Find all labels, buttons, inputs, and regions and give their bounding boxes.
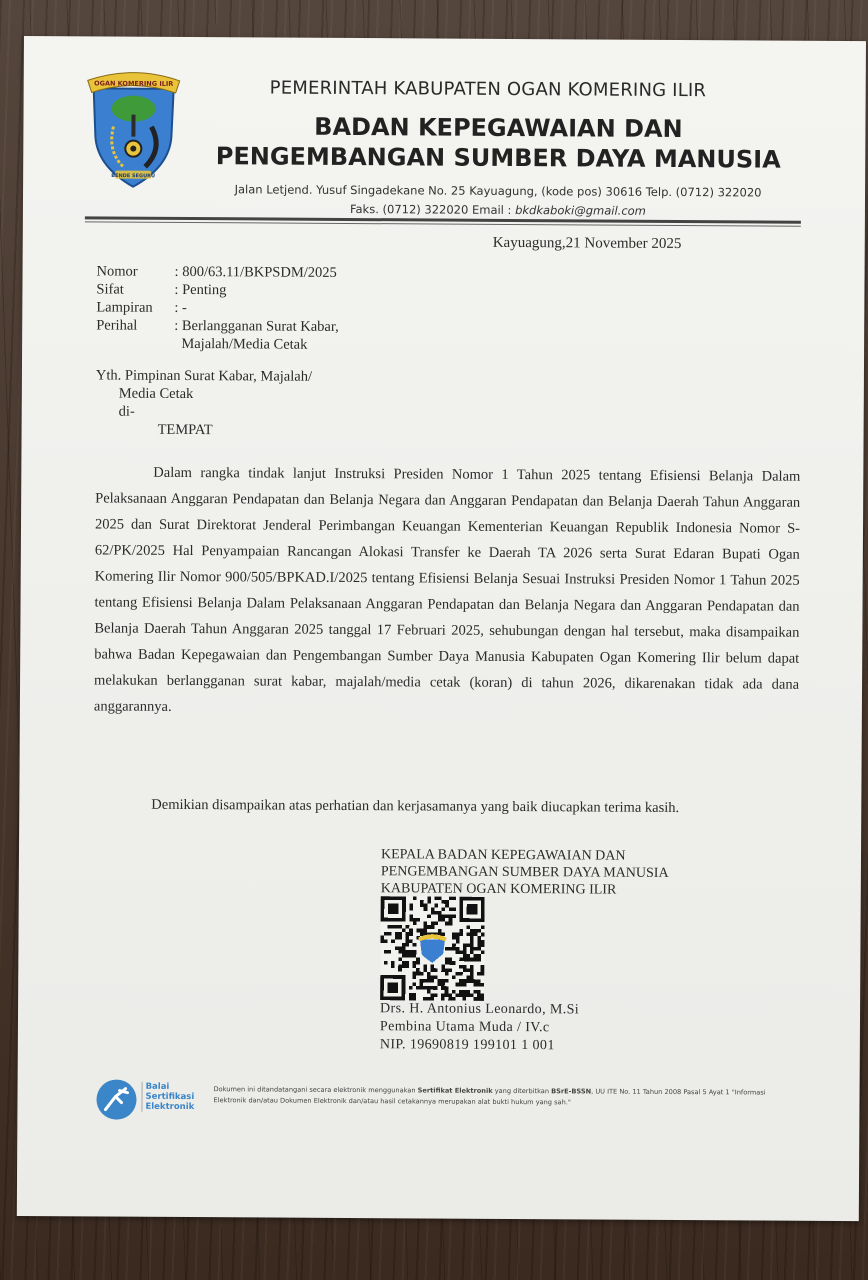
svg-text:BENDE SEGURU: BENDE SEGURU: [111, 173, 155, 179]
letter-page: OGAN KOMERING ILIR BENDE SEGURU PEMERINT…: [17, 36, 866, 1221]
recipient-line2: Media Cetak: [96, 384, 312, 403]
bsre-name: Balai Sertifikasi Elektronik: [141, 1082, 194, 1112]
agency-name: BADAN KEPEGAWAIAN DAN PENGEMBANGAN SUMBE…: [173, 111, 823, 175]
qr-code-signature-icon: [380, 896, 485, 1001]
fax-text: Faks. (0712) 322020 Email :: [350, 202, 515, 217]
meta-row-lampiran: Lampiran: -: [96, 298, 339, 317]
body-paragraph-2: Demikian disampaikan atas perhatian dan …: [93, 794, 798, 818]
signature-title: KEPALA BADAN KEPEGAWAIAN DAN PENGEMBANGA…: [381, 846, 669, 899]
regency-coat-of-arms-icon: OGAN KOMERING ILIR BENDE SEGURU: [83, 66, 184, 189]
e-signature-notice: Dokumen ini ditandatangani secara elektr…: [213, 1084, 783, 1109]
meta-row-perihal: Perihal: Berlangganan Surat Kabar,: [96, 316, 339, 335]
signature-title-line2: PENGEMBANGAN SUMBER DAYA MANUSIA: [381, 863, 669, 882]
recipient-line3: di-: [96, 402, 312, 421]
meta-row-sifat: Sifat: Penting: [96, 280, 339, 299]
meta-row-perihal-cont: Majalah/Media Cetak: [96, 334, 339, 353]
letter-date: Kayuagung,21 November 2025: [493, 235, 682, 253]
letter-metadata: Nomor: 800/63.11/BKPSDM/2025 Sifat: Pent…: [96, 262, 339, 353]
address-line1: Jalan Letjend. Yusuf Singadekane No. 25 …: [173, 180, 823, 203]
recipient-block: Yth. Pimpinan Surat Kabar, Majalah/ Medi…: [96, 366, 313, 439]
signature-title-line1: KEPALA BADAN KEPEGAWAIAN DAN: [381, 846, 669, 865]
agency-address: Jalan Letjend. Yusuf Singadekane No. 25 …: [173, 180, 823, 222]
signer-block: Drs. H. Antonius Leonardo, M.Si Pembina …: [380, 1000, 579, 1055]
agency-name-line1: BADAN KEPEGAWAIAN DAN: [173, 111, 823, 145]
bsre-logo-icon: [95, 1078, 137, 1120]
email-link[interactable]: bkdkaboki@gmail.com: [515, 203, 646, 218]
agency-name-line2: PENGEMBANGAN SUMBER DAYA MANUSIA: [173, 141, 823, 175]
government-name: PEMERINTAH KABUPATEN OGAN KOMERING ILIR: [270, 78, 707, 102]
signer-rank: Pembina Utama Muda / IV.c: [380, 1018, 579, 1037]
recipient-line4: TEMPAT: [96, 420, 312, 439]
signer-name: Drs. H. Antonius Leonardo, M.Si: [380, 1000, 579, 1019]
meta-row-nomor: Nomor: 800/63.11/BKPSDM/2025: [97, 262, 340, 281]
recipient-line1: Yth. Pimpinan Surat Kabar, Majalah/: [96, 366, 312, 385]
signer-nip: NIP. 19690819 199101 1 001: [380, 1036, 579, 1055]
body-paragraph-1: Dalam rangka tindak lanjut Instruksi Pre…: [94, 459, 801, 723]
svg-text:OGAN KOMERING ILIR: OGAN KOMERING ILIR: [94, 79, 173, 87]
